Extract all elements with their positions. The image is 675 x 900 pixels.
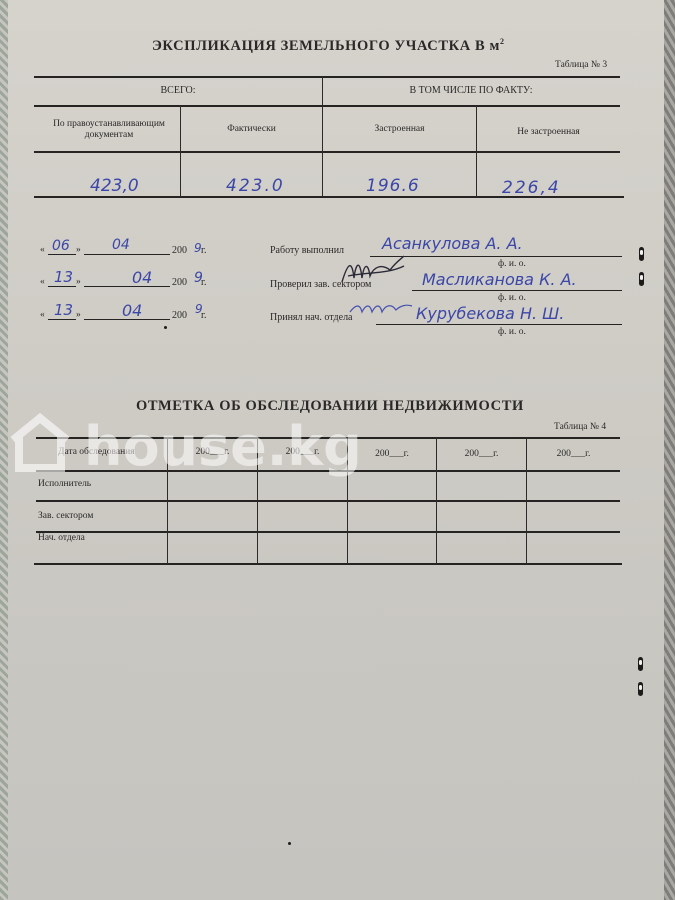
date-2-open-quote: «	[40, 277, 45, 287]
date-2-year-unit: г.	[201, 277, 206, 288]
date-3-day-line	[48, 319, 76, 320]
role-performed: Работу выполнил	[270, 245, 344, 256]
date-2-month: 04	[132, 268, 152, 287]
table4-row-divider-1	[36, 500, 620, 502]
col-header-legal-docs: По правоустанавливающим документам	[38, 119, 180, 141]
table4-row-sector-head: Зав. сектором	[38, 511, 93, 521]
group-header-actual: В ТОМ ЧИСЛЕ ПО ФАКТУ:	[322, 85, 620, 96]
date-2-close-quote: »	[76, 277, 81, 287]
date-1-open-quote: «	[40, 245, 45, 255]
col-header-built: Застроенная	[323, 124, 476, 134]
ink-dot	[164, 326, 167, 329]
table4-label: Таблица № 4	[554, 422, 606, 432]
date-3-open-quote: «	[40, 310, 45, 320]
date-1-day: 06	[52, 238, 70, 254]
binder-hole-4	[638, 682, 643, 696]
role-accepted: Принял нач. отдела	[270, 312, 353, 323]
date-2-day-line	[48, 286, 76, 287]
date-2-day: 13	[54, 268, 73, 286]
signature-scribble-accepted	[346, 300, 416, 322]
ink-dot-bottom	[288, 842, 291, 845]
signature-scribble-checked	[338, 252, 408, 292]
background-right-edge	[663, 0, 675, 900]
name-caption-3: ф. и. о.	[498, 327, 526, 337]
table4-date-col-5: 200___г.	[527, 449, 620, 459]
date-1-year-unit: г.	[201, 245, 206, 256]
group-header-total: ВСЕГО:	[34, 85, 322, 96]
table3-col-separator-2	[476, 105, 477, 197]
date-1-day-line	[48, 254, 76, 255]
value-factual: 423.0	[226, 176, 285, 196]
table3-top-border	[34, 76, 620, 78]
date-1-month-line	[84, 254, 170, 255]
watermark-text: house.kg	[84, 412, 434, 482]
value-built: 196.6	[366, 176, 420, 196]
name-caption-1: ф. и. о.	[498, 259, 526, 269]
name-caption-2: ф. и. о.	[498, 293, 526, 303]
binder-hole-2	[639, 272, 644, 286]
date-3-month: 04	[122, 301, 142, 320]
date-1-close-quote: »	[76, 245, 81, 255]
date-2-month-line	[84, 286, 170, 287]
value-unbuilt: 226,4	[502, 178, 561, 198]
date-2-year-prefix: 200	[172, 277, 187, 288]
date-3-day: 13	[54, 301, 73, 319]
table3-group-divider	[34, 105, 620, 107]
col-header-factual: Фактически	[181, 124, 322, 134]
name-line-2	[412, 290, 622, 291]
name-checked: Масликанова К. А.	[422, 270, 577, 289]
house-logo-icon	[5, 412, 75, 472]
table4-date-col-4: 200___г.	[437, 449, 526, 459]
date-3-year-unit: г.	[201, 310, 206, 321]
table3-col-separator-1	[180, 105, 181, 197]
binder-hole-1	[639, 247, 644, 261]
table3-header-divider	[34, 151, 620, 153]
date-1-year-prefix: 200	[172, 245, 187, 256]
date-1-month: 04	[112, 237, 130, 253]
table3-title: ЭКСПЛИКАЦИЯ ЗЕМЕЛЬНОГО УЧАСТКА В м2	[152, 37, 505, 55]
table4-row-dept-head: Нач. отдела	[38, 533, 85, 543]
name-accepted: Курубекова Н. Ш.	[416, 304, 564, 323]
table3-label: Таблица № 3	[555, 60, 607, 70]
table4-bottom-border	[34, 563, 622, 565]
date-3-close-quote: »	[76, 310, 81, 320]
date-3-year-prefix: 200	[172, 310, 187, 321]
binder-hole-3	[638, 657, 643, 671]
name-performed: Асанкулова А. А.	[382, 234, 523, 253]
col-header-unbuilt: Не застроенная	[477, 127, 620, 137]
value-legal-docs: 423,0	[90, 176, 139, 196]
name-line-3	[376, 324, 622, 325]
table4-row-divider-2	[36, 531, 620, 533]
